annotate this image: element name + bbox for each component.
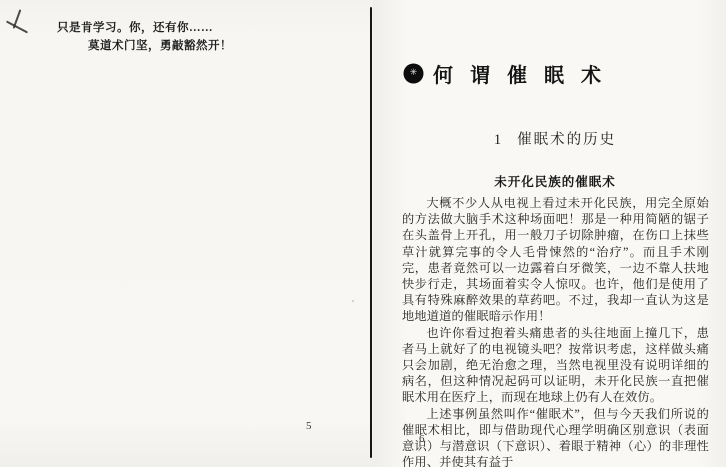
subsection-heading: 未开化民族的催眠术 <box>402 172 708 190</box>
section-number: 1 <box>494 132 503 148</box>
body-text: 大概不少人从电视上看过未开化民族，用完全原始的方法做大脑手术这种场面吧！那是一种… <box>402 195 709 467</box>
left-page: 只是肯学习。你，还有你…… 莫道术门坚，勇敲豁然开！ 5 <box>0 0 370 467</box>
book-scan: 只是肯学习。你，还有你…… 莫道术门坚，勇敲豁然开！ 5 ✳ 何 谓 催 眠 术… <box>0 0 726 467</box>
epigraph-line-1: 只是肯学习。你，还有你…… <box>57 19 232 37</box>
book-spine-line <box>370 7 372 458</box>
section-heading: 1催眠术的历史 <box>402 128 708 149</box>
right-page: ✳ 何 谓 催 眠 术 1催眠术的历史 未开化民族的催眠术 大概不少人从电视上看… <box>373 0 726 467</box>
page-number-right: 6 <box>419 433 425 445</box>
paragraph: 也许你看过抱着头痛患者的头往地面上撞几下，患者马上就好了的电视镜头吧？按常识考虑… <box>402 325 709 406</box>
epigraph-quote: 只是肯学习。你，还有你…… 莫道术门坚，勇敲豁然开！ <box>57 19 232 55</box>
chapter-heading: ✳ 何 谓 催 眠 术 <box>404 59 607 88</box>
chapter-title: 何 谓 催 眠 术 <box>433 59 607 88</box>
paragraph: 上述事例虽然叫作“催眠术”，但与今天我们所说的催眠术相比，即与借助现代心理学明确… <box>402 406 709 467</box>
section-title: 催眠术的历史 <box>517 132 616 148</box>
epigraph-line-2: 莫道术门坚，勇敲豁然开！ <box>88 37 232 55</box>
chapter-badge-icon: ✳ <box>404 64 423 83</box>
paragraph: 大概不少人从电视上看过未开化民族，用完全原始的方法做大脑手术这种场面吧！那是一种… <box>402 195 709 325</box>
page-number-left: 5 <box>306 420 312 432</box>
chapter-badge-glyph: ✳ <box>410 69 418 78</box>
